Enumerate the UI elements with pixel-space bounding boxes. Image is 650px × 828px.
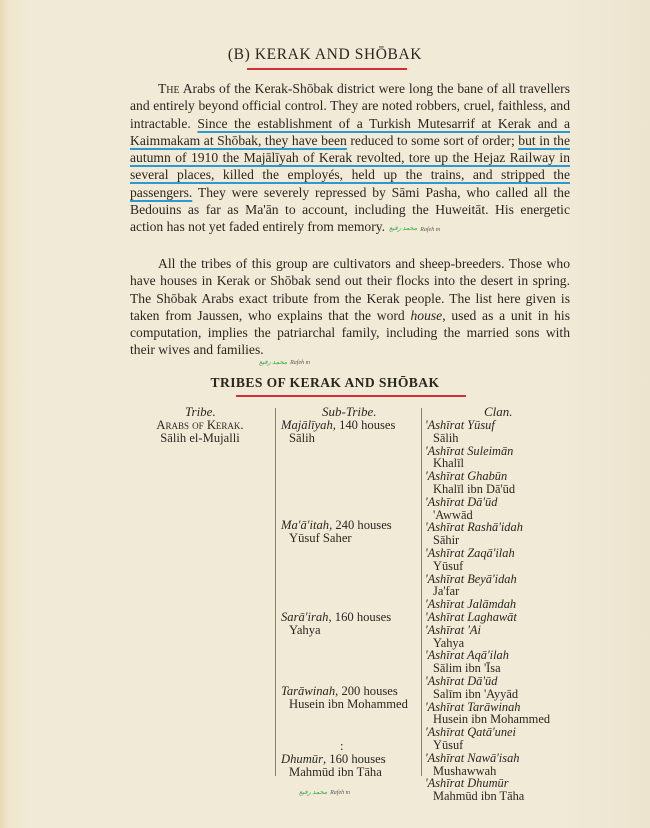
clan-name: 'Ashīrat Laghawāt <box>425 611 550 624</box>
sub-tribe-sheikh: Husein ibn Mohammed <box>281 698 408 711</box>
clan-head: Yūsuf <box>425 739 550 752</box>
lead-word: The <box>158 81 180 96</box>
watermark-3: محمد رفيعRafeh m <box>295 788 350 796</box>
clan-name: 'Ashīrat Yūsuf <box>425 419 550 432</box>
clan-head: Mahmūd ibn Tāha <box>425 790 550 803</box>
column-divider-1 <box>275 408 276 776</box>
sub-tribe-entry: Majālīyah, 140 housesSālih <box>281 419 395 445</box>
clan-head: Yūsuf <box>425 560 550 573</box>
sub-tribe-name: Ma'ā'itah <box>281 518 329 532</box>
watermark-2: محمد رفيعRafeh m <box>255 358 310 366</box>
section-title: (B) KERAK AND SHŌBAK <box>0 46 650 64</box>
paragraph-1: The Arabs of the Kerak-Shōbak district w… <box>130 80 570 240</box>
column-divider-2 <box>421 408 422 776</box>
tribe-sheikh: Sālih el-Mujalli <box>130 432 270 445</box>
sub-tribe-name: Dhumūr <box>281 752 323 766</box>
sub-tribe-sheikh: Yūsuf Saher <box>281 532 392 545</box>
sub-tribe-name: Majālīyah <box>281 418 333 432</box>
clan-name: 'Ashīrat Dā'ūd <box>425 675 550 688</box>
clan-name: 'Ashīrat Qatā'unei <box>425 726 550 739</box>
table-title: TRIBES OF KERAK AND SHŌBAK <box>0 375 650 391</box>
italic-word: house <box>410 308 442 323</box>
sub-tribe-name: Sarā'irah <box>281 610 328 624</box>
clan-name: 'Ashīrat Nawā'isah <box>425 752 550 765</box>
tribe-name: Arabs of Kerak. <box>130 419 270 432</box>
sub-tribe-sheikh: Yahya <box>281 624 391 637</box>
clan-head: Khalīl ibn Dā'ūd <box>425 483 550 496</box>
clan-head: Sālih <box>425 432 550 445</box>
book-page: (B) KERAK AND SHŌBAK The Arabs of the Ke… <box>0 0 650 828</box>
sub-tribe-houses: , 160 houses <box>328 610 391 624</box>
colon-mark: : <box>340 740 344 753</box>
paragraph-2: All the tribes of this group are cultiva… <box>130 255 570 359</box>
sub-tribe-entry: Sarā'irah, 160 housesYahya <box>281 611 391 637</box>
sub-tribe-entry: Dhumūr, 160 housesMahmūd ibn Tāha <box>281 753 386 779</box>
sub-tribe-sheikh: Sālih <box>281 432 395 445</box>
title-underline <box>247 68 407 70</box>
clan-name: 'Ashīrat Zaqā'ilah <box>425 547 550 560</box>
watermark-latin: Rafeh m <box>420 227 440 233</box>
sub-tribe-entry: Tarāwinah, 200 housesHusein ibn Mohammed <box>281 685 408 711</box>
clan-column: 'Ashīrat YūsufSālih'Ashīrat SuleimānKhal… <box>425 419 550 803</box>
clan-head: Salīm ibn 'Ayyād <box>425 688 550 701</box>
sub-tribe-houses: , 200 houses <box>335 684 398 698</box>
sub-tribe-sheikh: Mahmūd ibn Tāha <box>281 766 386 779</box>
sub-tribe-houses: , 240 houses <box>329 518 392 532</box>
clan-name: 'Ashīrat 'Ai <box>425 624 550 637</box>
clan-name: 'Ashīrat Dā'ūd <box>425 496 550 509</box>
watermark-arabic: محمد رفيع <box>389 225 417 232</box>
sub-tribe-name: Tarāwinah <box>281 684 335 698</box>
sub-tribe-entry: Ma'ā'itah, 240 housesYūsuf Saher <box>281 519 392 545</box>
tribe-cell: Arabs of Kerak. Sālih el-Mujalli <box>130 419 270 445</box>
sub-tribe-houses: , 140 houses <box>333 418 396 432</box>
sub-tribe-houses: , 160 houses <box>323 752 386 766</box>
table-title-underline <box>236 395 466 397</box>
